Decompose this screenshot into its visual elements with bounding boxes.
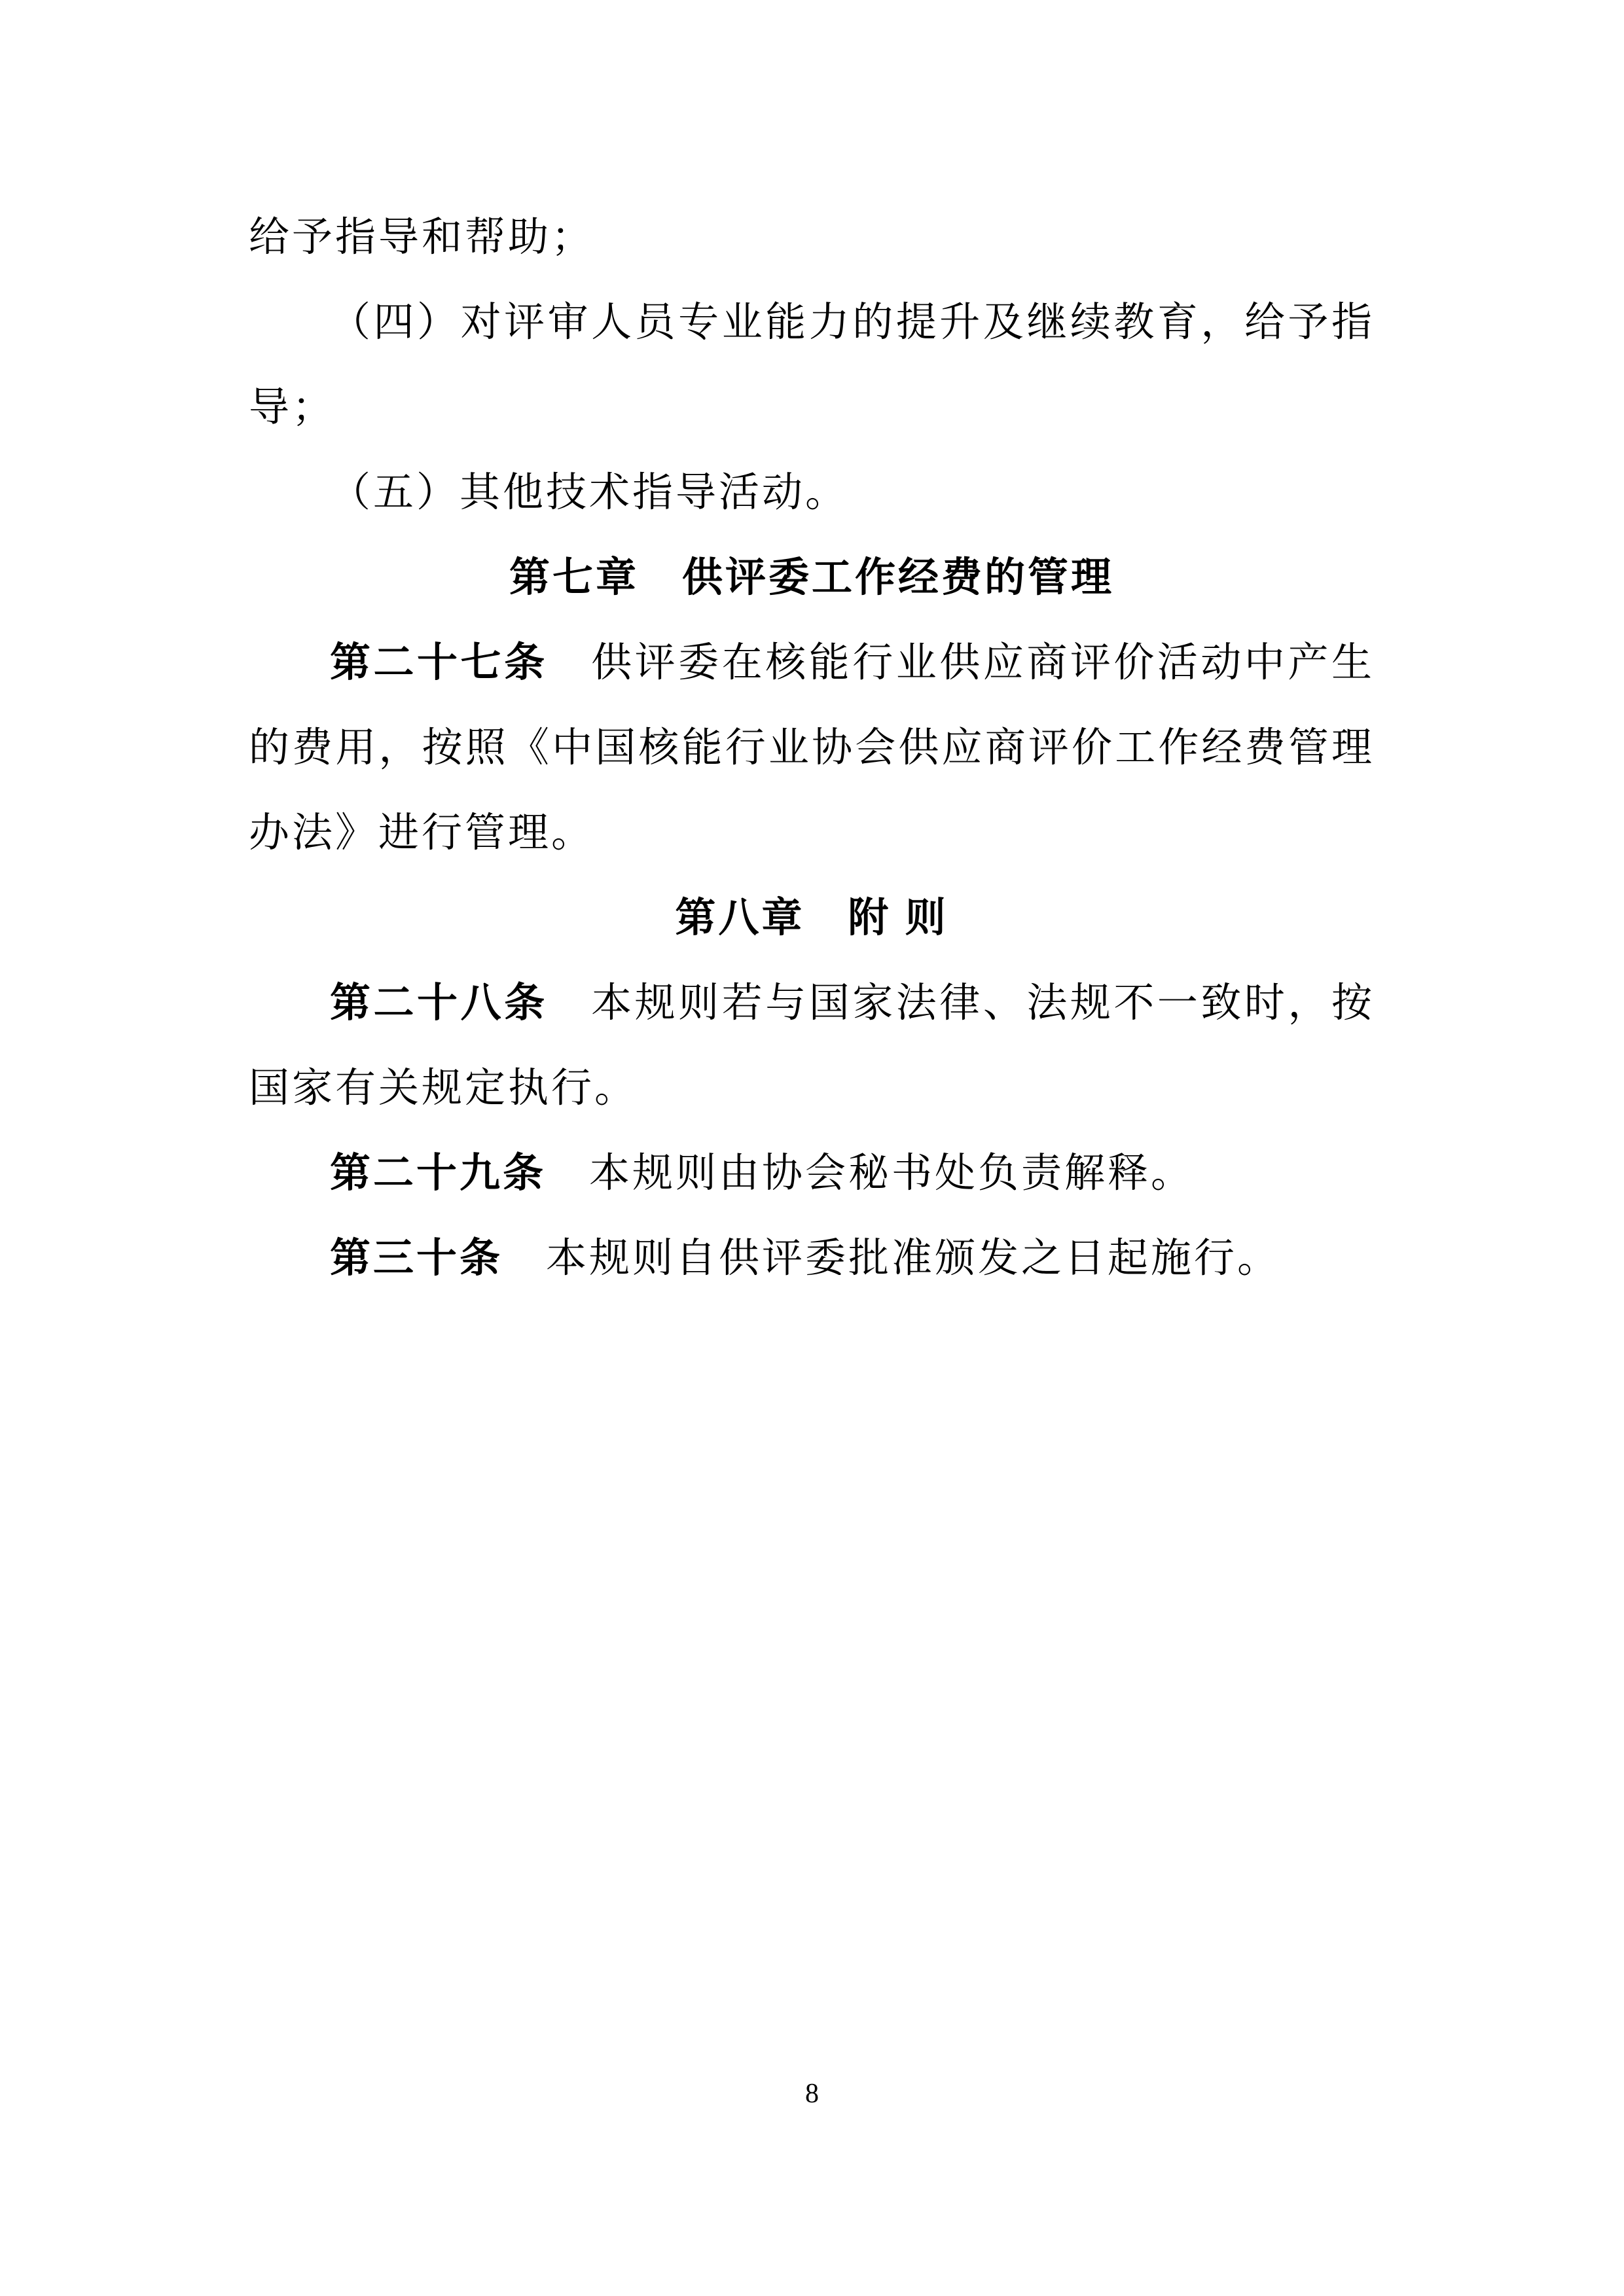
article-28: 第二十八条 本规则若与国家法律、法规不一致时，按国家有关规定执行。 xyxy=(249,961,1375,1131)
page-body: 给予指导和帮助； （四）对评审人员专业能力的提升及继续教育，给予指导； （五）其… xyxy=(249,195,1375,1301)
article-29: 第二十九条 本规则由协会秘书处负责解释。 xyxy=(249,1131,1375,1216)
article-30-number: 第三十条 xyxy=(330,1236,503,1281)
chapter-7-heading: 第七章 供评委工作经费的管理 xyxy=(249,535,1375,620)
article-27: 第二十七条 供评委在核能行业供应商评价活动中产生的费用，按照《中国核能行业协会供… xyxy=(249,620,1375,876)
list-item-5: （五）其他技术指导活动。 xyxy=(249,450,1375,535)
article-29-text: 本规则由协会秘书处负责解释。 xyxy=(546,1151,1194,1196)
article-27-number: 第二十七条 xyxy=(330,641,548,685)
article-28-number: 第二十八条 xyxy=(330,981,548,1026)
page-number: 8 xyxy=(0,2078,1624,2109)
chapter-8-heading: 第八章 附 则 xyxy=(249,876,1375,961)
document-page: 给予指导和帮助； （四）对评审人员专业能力的提升及继续教育，给予指导； （五）其… xyxy=(0,0,1624,2296)
paragraph-continuation: 给予指导和帮助； xyxy=(249,195,1375,280)
article-29-number: 第二十九条 xyxy=(330,1151,546,1196)
list-item-4: （四）对评审人员专业能力的提升及继续教育，给予指导； xyxy=(249,280,1375,450)
article-30-text: 本规则自供评委批准颁发之日起施行。 xyxy=(503,1236,1280,1281)
article-30: 第三十条 本规则自供评委批准颁发之日起施行。 xyxy=(249,1216,1375,1301)
